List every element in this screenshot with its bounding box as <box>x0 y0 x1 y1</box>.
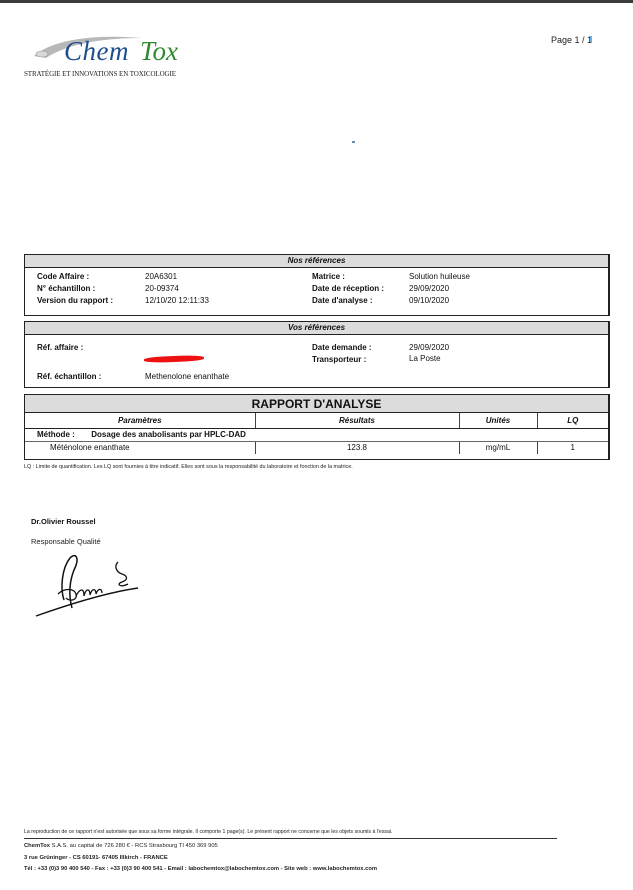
numero-echantillon-label: N° échantillon : <box>37 284 95 293</box>
rapport-title: RAPPORT D'ANALYSE <box>25 395 608 413</box>
center-mark <box>352 141 355 143</box>
resultat-cell: 123.8 <box>255 441 459 454</box>
date-reception-label: Date de réception : <box>312 284 384 293</box>
signer-name: Dr.Olivier Roussel <box>31 517 96 526</box>
logo-tox-text: Tox <box>140 36 178 67</box>
method-label: Méthode : <box>37 430 75 439</box>
version-rapport-value: 12/10/20 12:11:33 <box>145 296 209 305</box>
chemtox-logo: Chem Tox STRATÉGIE ET INNOVATIONS EN TOX… <box>24 34 204 84</box>
method-row: Méthode : Dosage des anabolisants par HP… <box>25 428 608 441</box>
method-value: Dosage des anabolisants par HPLC-DAD <box>91 430 246 439</box>
lq-cell: 1 <box>537 441 608 454</box>
signer-role: Responsable Qualité <box>31 537 101 546</box>
vos-references-box: Vos références Réf. affaire : Réf. échan… <box>24 321 610 388</box>
date-reception-value: 29/09/2020 <box>409 284 449 293</box>
date-demande-value: 29/09/2020 <box>409 343 449 352</box>
footer-reproduction-note: La reproduction de ce rapport n'est auto… <box>24 829 393 835</box>
version-rapport-label: Version du rapport : <box>37 296 113 305</box>
footer-company-name: ChemTox <box>24 843 50 849</box>
logo-chem-text: Chem <box>64 36 129 67</box>
table-row: Méténolone enanthate 123.8 mg/mL 1 <box>25 441 608 454</box>
nos-references-title: Nos références <box>25 255 608 268</box>
parametre-cell: Méténolone enanthate <box>25 441 255 454</box>
transporteur-label: Transporteur : <box>312 355 366 364</box>
page-number: Page 1 / 1 <box>551 35 592 45</box>
numero-echantillon-value: 20-09374 <box>145 284 179 293</box>
footer-company: ChemTox S.A.S. au capital de 726 280 € -… <box>24 843 218 849</box>
footer-company-info: S.A.S. au capital de 726 280 € - RCS Str… <box>50 843 218 849</box>
footer-divider <box>24 838 557 839</box>
col-resultats: Résultats <box>255 413 459 428</box>
results-table: Paramètres Résultats Unités LQ Méthode :… <box>25 413 608 454</box>
matrice-value: Solution huileuse <box>409 272 470 281</box>
ref-echantillon-value: Methenolone enanthate <box>145 372 229 381</box>
date-analyse-value: 09/10/2020 <box>409 296 449 305</box>
code-affaire-label: Code Affaire : <box>37 272 89 281</box>
lq-note: LQ : Limite de quantification. Les LQ so… <box>24 464 353 470</box>
rapport-analyse-box: RAPPORT D'ANALYSE Paramètres Résultats U… <box>24 394 610 460</box>
date-demande-label: Date demande : <box>312 343 372 352</box>
footer-contact: Tél : +33 (0)3 90 400 540 - Fax : +33 (0… <box>24 866 377 872</box>
footer-address: 3 rue Grüninger - CS 60191- 67405 Illkir… <box>24 855 168 861</box>
date-analyse-label: Date d'analyse : <box>312 296 373 305</box>
nos-references-box: Nos références Code Affaire : 20A6301 N°… <box>24 254 610 316</box>
col-parametres: Paramètres <box>25 413 255 428</box>
scroll-marker <box>590 36 592 42</box>
ref-affaire-label: Réf. affaire : <box>37 343 83 352</box>
transporteur-value: La Poste <box>409 354 441 363</box>
signature-image <box>30 548 160 623</box>
vos-references-title: Vos références <box>25 322 608 335</box>
logo-tagline: STRATÉGIE ET INNOVATIONS EN TOXICOLOGIE <box>24 70 176 78</box>
ref-echantillon-label: Réf. échantillon : <box>37 372 101 381</box>
window-top-border <box>0 0 633 3</box>
code-affaire-value: 20A6301 <box>145 272 177 281</box>
col-lq: LQ <box>537 413 608 428</box>
redaction-mark <box>144 355 204 363</box>
matrice-label: Matrice : <box>312 272 345 281</box>
col-unites: Unités <box>459 413 537 428</box>
unite-cell: mg/mL <box>459 441 537 454</box>
